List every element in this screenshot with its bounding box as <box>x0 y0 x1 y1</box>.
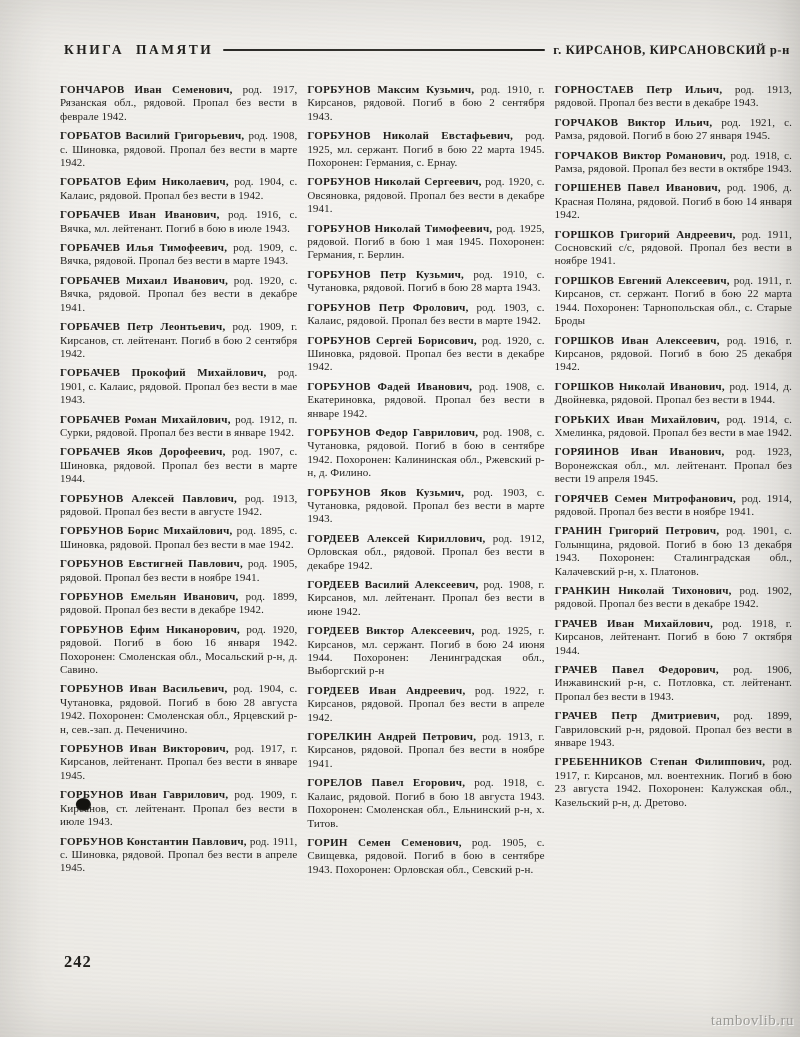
entry-name: ГОРБАЧЕВ Петр Леонтьевич, <box>60 321 225 333</box>
memorial-entry: ГОРБАТОВ Ефим Николаевич, род. 1904, с. … <box>60 176 297 203</box>
memorial-entry: ГОРБАТОВ Василий Григорьевич, род. 1908,… <box>60 130 297 170</box>
entry-name: ГОРДЕЕВ Виктор Алексеевич, <box>307 625 474 637</box>
header-rule-line <box>223 49 545 51</box>
memorial-entry: ГОРШЕНЕВ Павел Иванович, род. 1906, д. К… <box>555 182 792 222</box>
memorial-entry: ГОРБУНОВ Борис Михайлович, род. 1895, с.… <box>60 525 297 552</box>
memorial-entry: ГОРНОСТАЕВ Петр Ильич, род. 1913, рядово… <box>555 84 792 111</box>
memorial-entry: ГОРБАЧЕВ Петр Леонтьевич, род. 1909, г. … <box>60 321 297 361</box>
entry-name: ГРЕБЕННИКОВ Степан Филиппович, <box>555 756 766 768</box>
entry-name: ГОРБУНОВ Константин Павлович, <box>60 836 247 848</box>
memorial-entry: ГОРБУНОВ Емельян Иванович, род. 1899, ря… <box>60 591 297 618</box>
entry-name: ГОРБУНОВ Николай Тимофеевич, <box>307 223 492 235</box>
page-number: 242 <box>64 952 92 972</box>
memorial-entry: ГОРБУНОВ Иван Гаврилович, род. 1909, г. … <box>60 789 297 829</box>
book-page: КНИГА ПАМЯТИ г. КИРСАНОВ, КИРСАНОВСКИЙ р… <box>0 0 800 1037</box>
entry-name: ГОРЧАКОВ Виктор Романович, <box>555 150 726 162</box>
district-title: г. КИРСАНОВ, КИРСАНОВСКИЙ р-н <box>553 43 790 58</box>
entry-name: ГОРБУНОВ Алексей Павлович, <box>60 493 237 505</box>
entry-name: ГОРШКОВ Григорий Андреевич, <box>555 229 736 241</box>
memorial-entry: ГОРБУНОВ Яков Кузьмич, род. 1903, с. Чут… <box>307 487 544 527</box>
entry-name: ГОРБУНОВ Сергей Борисович, <box>307 335 477 347</box>
memorial-entry: ГОРЧАКОВ Виктор Романович, род. 1918, с.… <box>555 150 792 177</box>
entry-name: ГОРБАТОВ Василий Григорьевич, <box>60 130 244 142</box>
memorial-entry: ГОРЬКИХ Иван Михайлович, род. 1914, с. Х… <box>555 414 792 441</box>
memorial-entry: ГОРДЕЕВ Иван Андреевич, род. 1922, г. Ки… <box>307 685 544 725</box>
memorial-entry: ГОРБУНОВ Николай Евстафьевич, род. 1925,… <box>307 130 544 170</box>
entry-name: ГОРНОСТАЕВ Петр Ильич, <box>555 84 723 96</box>
entry-name: ГОРЬКИХ Иван Михайлович, <box>555 414 720 426</box>
memorial-entry: ГОРЯЧЕВ Семен Митрофанович, род. 1914, р… <box>555 493 792 520</box>
memorial-entry: ГОРДЕЕВ Алексей Кириллович, род. 1912, О… <box>307 533 544 573</box>
entry-name: ГОРШЕНЕВ Павел Иванович, <box>555 182 721 194</box>
memorial-entry: ГОРШКОВ Иван Алексеевич, род. 1916, г. К… <box>555 335 792 375</box>
book-title: КНИГА ПАМЯТИ <box>64 42 213 58</box>
memorial-entry: ГОНЧАРОВ Иван Семенович, род. 1917, Ряза… <box>60 84 297 124</box>
column-1: ГОНЧАРОВ Иван Семенович, род. 1917, Ряза… <box>60 84 297 956</box>
entries-area: ГОНЧАРОВ Иван Семенович, род. 1917, Ряза… <box>60 84 792 956</box>
memorial-entry: ГОРШКОВ Евгений Алексеевич, род. 1911, г… <box>555 275 792 329</box>
memorial-entry: ГОРБУНОВ Николай Сергеевич, род. 1920, с… <box>307 176 544 216</box>
entry-name: ГОРБУНОВ Емельян Иванович, <box>60 591 239 603</box>
entry-name: ГОРБАЧЕВ Яков Дорофеевич, <box>60 446 226 458</box>
memorial-entry: ГРАНИН Григорий Петрович, род. 1901, с. … <box>555 525 792 579</box>
entry-name: ГОНЧАРОВ Иван Семенович, <box>60 84 233 96</box>
entry-name: ГОРШКОВ Николай Иванович, <box>555 381 725 393</box>
column-2: ГОРБУНОВ Максим Кузьмич, род. 1910, г. К… <box>307 84 544 956</box>
entry-name: ГОРДЕЕВ Иван Андреевич, <box>307 685 465 697</box>
entry-name: ГОРЯЧЕВ Семен Митрофанович, <box>555 493 736 505</box>
entry-name: ГОРБУНОВ Иван Васильевич, <box>60 683 228 695</box>
entry-name: ГОРБУНОВ Фадей Иванович, <box>307 381 472 393</box>
memorial-entry: ГОРБАЧЕВ Прокофий Михайлович, род. 1901,… <box>60 367 297 407</box>
entry-name: ГОРБУНОВ Николай Сергеевич, <box>307 176 481 188</box>
memorial-entry: ГОРБУНОВ Евстигней Павлович, род. 1905, … <box>60 558 297 585</box>
entry-name: ГОРШКОВ Иван Алексеевич, <box>555 335 720 347</box>
entry-name: ГОРБУНОВ Ефим Никанорович, <box>60 624 240 636</box>
entry-name: ГОРШКОВ Евгений Алексеевич, <box>555 275 730 287</box>
entry-name: ГОРБУНОВ Петр Фролович, <box>307 302 468 314</box>
memorial-entry: ГОРБАЧЕВ Яков Дорофеевич, род. 1907, с. … <box>60 446 297 486</box>
memorial-entry: ГОРБУНОВ Алексей Павлович, род. 1913, ря… <box>60 493 297 520</box>
memorial-entry: ГОРБУНОВ Николай Тимофеевич, род. 1925, … <box>307 223 544 263</box>
memorial-entry: ГОРБУНОВ Ефим Никанорович, род. 1920, ря… <box>60 624 297 678</box>
memorial-entry: ГОРБУНОВ Федор Гаврилович, род. 1908, с.… <box>307 427 544 481</box>
entry-name: ГОРБУНОВ Евстигней Павлович, <box>60 558 243 570</box>
memorial-entry: ГОРБУНОВ Фадей Иванович, род. 1908, с. Е… <box>307 381 544 421</box>
entry-name: ГОРБАЧЕВ Илья Тимофеевич, <box>60 242 227 254</box>
memorial-entry: ГОРБУНОВ Иван Васильевич, род. 1904, с. … <box>60 683 297 737</box>
entry-name: ГОРБУНОВ Яков Кузьмич, <box>307 487 464 499</box>
entry-name: ГОРБАЧЕВ Михаил Иванович, <box>60 275 228 287</box>
memorial-entry: ГОРБУНОВ Сергей Борисович, род. 1920, с.… <box>307 335 544 375</box>
memorial-entry: ГРАНКИН Николай Тихонович, род. 1902, ря… <box>555 585 792 612</box>
library-watermark: tambovlib.ru <box>711 1013 794 1030</box>
entry-name: ГОРЕЛКИН Андрей Петрович, <box>307 731 476 743</box>
entry-name: ГРАЧЕВ Павел Федорович, <box>555 664 719 676</box>
page-header: КНИГА ПАМЯТИ г. КИРСАНОВ, КИРСАНОВСКИЙ р… <box>64 42 790 58</box>
memorial-entry: ГОРЯИНОВ Иван Иванович, род. 1923, Ворон… <box>555 446 792 486</box>
entry-name: ГРАНКИН Николай Тихонович, <box>555 585 732 597</box>
memorial-entry: ГОРБАЧЕВ Михаил Иванович, род. 1920, с. … <box>60 275 297 315</box>
entry-name: ГОРБУНОВ Борис Михайлович, <box>60 525 233 537</box>
entry-name: ГОРЧАКОВ Виктор Ильич, <box>555 117 713 129</box>
memorial-entry: ГРАЧЕВ Павел Федорович, род. 1906, Инжав… <box>555 664 792 704</box>
memorial-entry: ГОРБУНОВ Петр Кузьмич, род. 1910, с. Чут… <box>307 269 544 296</box>
entry-name: ГОРДЕЕВ Василий Алексеевич, <box>307 579 478 591</box>
memorial-entry: ГОРИН Семен Семенович, род. 1905, с. Сви… <box>307 837 544 877</box>
entry-name: ГОРБУНОВ Петр Кузьмич, <box>307 269 464 281</box>
memorial-entry: ГРЕБЕННИКОВ Степан Филиппович, род. 1917… <box>555 756 792 810</box>
entry-name: ГОРБУНОВ Максим Кузьмич, <box>307 84 474 96</box>
memorial-entry: ГОРБАЧЕВ Иван Иванович, род. 1916, с. Вя… <box>60 209 297 236</box>
entry-name: ГОРДЕЕВ Алексей Кириллович, <box>307 533 485 545</box>
memorial-entry: ГОРЕЛОВ Павел Егорович, род. 1918, с. Ка… <box>307 777 544 831</box>
memorial-entry: ГРАЧЕВ Петр Дмитриевич, род. 1899, Гаври… <box>555 710 792 750</box>
memorial-entry: ГОРБУНОВ Константин Павлович, род. 1911,… <box>60 836 297 876</box>
memorial-entry: ГОРБАЧЕВ Роман Михайлович, род. 1912, п.… <box>60 414 297 441</box>
column-3: ГОРНОСТАЕВ Петр Ильич, род. 1913, рядово… <box>555 84 792 956</box>
memorial-entry: ГОРШКОВ Николай Иванович, род. 1914, д. … <box>555 381 792 408</box>
entry-name: ГОРБАЧЕВ Роман Михайлович, <box>60 414 231 426</box>
entry-name: ГОРЯИНОВ Иван Иванович, <box>555 446 725 458</box>
entry-name: ГРАЧЕВ Петр Дмитриевич, <box>555 710 720 722</box>
entry-name: ГОРБУНОВ Николай Евстафьевич, <box>307 130 513 142</box>
memorial-entry: ГОРШКОВ Григорий Андреевич, род. 1911, С… <box>555 229 792 269</box>
entry-name: ГРАЧЕВ Иван Михайлович, <box>555 618 713 630</box>
entry-name: ГРАНИН Григорий Петрович, <box>555 525 720 537</box>
entry-name: ГОРБАЧЕВ Прокофий Михайлович, <box>60 367 267 379</box>
memorial-entry: ГРАЧЕВ Иван Михайлович, род. 1918, г. Ки… <box>555 618 792 658</box>
entry-name: ГОРИН Семен Семенович, <box>307 837 461 849</box>
memorial-entry: ГОРБАЧЕВ Илья Тимофеевич, род. 1909, с. … <box>60 242 297 269</box>
memorial-entry: ГОРБУНОВ Петр Фролович, род. 1903, с. Ка… <box>307 302 544 329</box>
memorial-entry: ГОРБУНОВ Иван Викторович, род. 1917, г. … <box>60 743 297 783</box>
entry-name: ГОРБУНОВ Иван Викторович, <box>60 743 229 755</box>
entry-name: ГОРБУНОВ Федор Гаврилович, <box>307 427 478 439</box>
memorial-entry: ГОРДЕЕВ Василий Алексеевич, род. 1908, г… <box>307 579 544 619</box>
memorial-entry: ГОРЧАКОВ Виктор Ильич, род. 1921, с. Рам… <box>555 117 792 144</box>
memorial-entry: ГОРБУНОВ Максим Кузьмич, род. 1910, г. К… <box>307 84 544 124</box>
entry-name: ГОРБАТОВ Ефим Николаевич, <box>60 176 229 188</box>
entry-name: ГОРЕЛОВ Павел Егорович, <box>307 777 465 789</box>
memorial-entry: ГОРДЕЕВ Виктор Алексеевич, род. 1925, г.… <box>307 625 544 679</box>
entry-name: ГОРБАЧЕВ Иван Иванович, <box>60 209 220 221</box>
memorial-entry: ГОРЕЛКИН Андрей Петрович, род. 1913, г. … <box>307 731 544 771</box>
